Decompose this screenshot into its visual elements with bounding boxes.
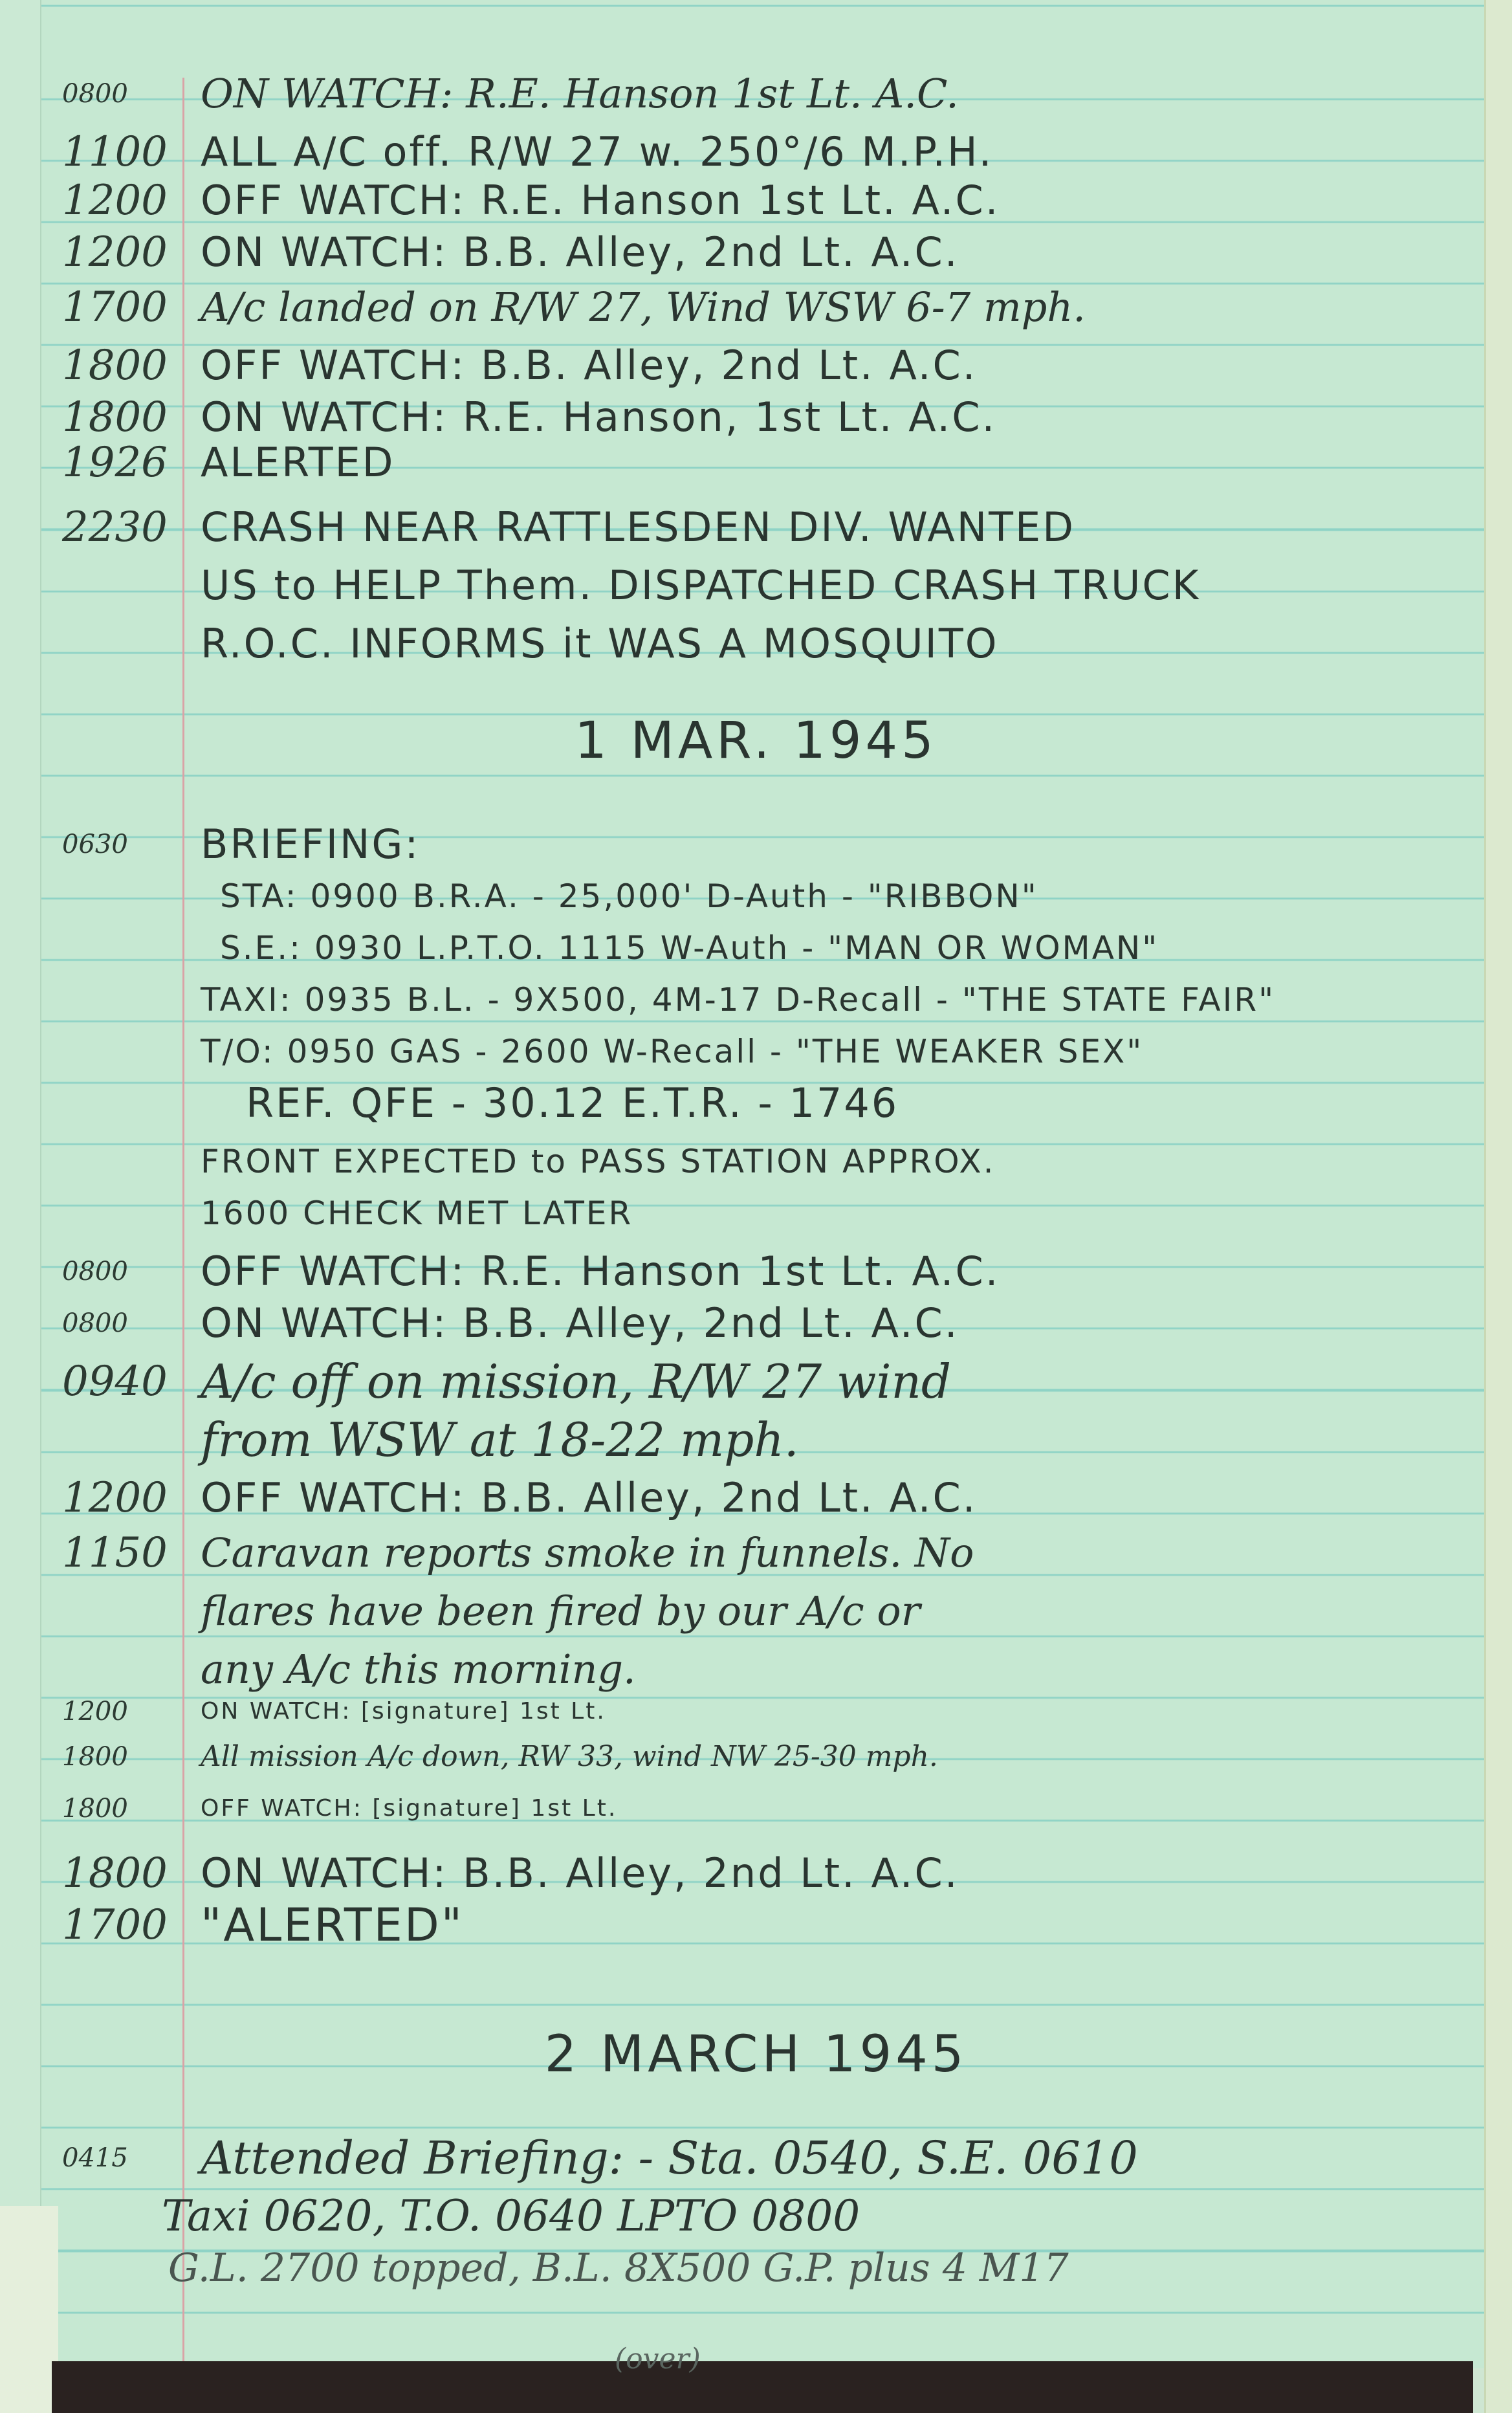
log-entry: T/O: 0950 GAS - 2600 W-Recall - "THE WEA… (0, 1022, 1488, 1081)
entry-text: OFF WATCH: R.E. Hanson 1st Lt. A.C. (201, 171, 1449, 230)
entry-text: "ALERTED" (201, 1896, 1449, 1954)
entry-time: 0800 (62, 1242, 185, 1301)
entry-text: All mission A/c down, RW 33, wind NW 25-… (201, 1728, 1449, 1786)
entry-time: 1800 (62, 1728, 185, 1786)
log-entry: 2230 CRASH NEAR RATTLESDEN DIV. WANTED (0, 498, 1488, 556)
entry-time: 1800 (62, 1844, 185, 1902)
entry-text: T/O: 0950 GAS - 2600 W-Recall - "THE WEA… (201, 1022, 1449, 1081)
entry-time: 0800 (62, 1294, 185, 1352)
log-entry: 0415 Attended Briefing: - Sta. 0540, S.E… (0, 2129, 1488, 2187)
log-entry: STA: 0900 B.R.A. - 25,000' D-Auth - "RIB… (0, 867, 1488, 925)
log-entry: 1200 OFF WATCH: R.E. Hanson 1st Lt. A.C. (0, 171, 1488, 230)
entry-text: from WSW at 18-22 mph. (201, 1411, 1449, 1469)
entry-text: ON WATCH: B.B. Alley, 2nd Lt. A.C. (201, 1844, 1449, 1902)
entry-text: OFF WATCH: B.B. Alley, 2nd Lt. A.C. (201, 336, 1449, 395)
entry-text: A/c landed on R/W 27, Wind WSW 6-7 mph. (201, 278, 1449, 336)
log-entry: 0800 OFF WATCH: R.E. Hanson 1st Lt. A.C. (0, 1242, 1488, 1301)
log-entry: 1200 OFF WATCH: B.B. Alley, 2nd Lt. A.C. (0, 1469, 1488, 1527)
entry-text: ON WATCH: R.E. Hanson 1st Lt. A.C. (201, 65, 1449, 123)
entry-text: Attended Briefing: - Sta. 0540, S.E. 061… (201, 2129, 1449, 2187)
entry-text: ON WATCH: B.B. Alley, 2nd Lt. A.C. (201, 1294, 1449, 1352)
entry-text: CRASH NEAR RATTLESDEN DIV. WANTED (201, 498, 1449, 556)
date-heading: 1 MAR. 1945 (0, 712, 1512, 770)
log-entry: 0800 ON WATCH: B.B. Alley, 2nd Lt. A.C. (0, 1294, 1488, 1352)
entry-text: US to HELP Them. DISPATCHED CRASH TRUCK (201, 556, 1449, 615)
log-entry: 0630 BRIEFING: (0, 815, 1488, 874)
entry-text: TAXI: 0935 B.L. - 9X500, 4M-17 D-Recall … (201, 971, 1449, 1029)
entry-text: REF. QFE - 30.12 E.T.R. - 1746 (246, 1074, 1449, 1132)
entry-text: OFF WATCH: B.B. Alley, 2nd Lt. A.C. (201, 1469, 1449, 1527)
entry-text: Caravan reports smoke in funnels. No (201, 1524, 1449, 1582)
entry-time: 1700 (62, 278, 185, 336)
entry-time: 1800 (62, 1779, 185, 1838)
log-entry: US to HELP Them. DISPATCHED CRASH TRUCK (0, 556, 1488, 615)
entry-text: S.E.: 0930 L.P.T.O. 1115 W-Auth - "MAN O… (220, 919, 1449, 977)
log-entry: REF. QFE - 30.12 E.T.R. - 1746 (0, 1074, 1488, 1132)
entry-time: 0630 (62, 815, 185, 874)
entry-text: ALERTED (201, 434, 1449, 492)
log-entry: Taxi 0620, T.O. 0640 LPTO 0800 (0, 2187, 1488, 2245)
log-entry: 1926 ALERTED (0, 434, 1488, 492)
log-entry: 1800 OFF WATCH: [signature] 1st Lt. (0, 1779, 1488, 1838)
date-heading: 2 MARCH 1945 (0, 2025, 1512, 2084)
log-entry: 0800 ON WATCH: R.E. Hanson 1st Lt. A.C. (0, 65, 1488, 123)
entry-text: flares have been fired by our A/c or (201, 1582, 1449, 1640)
log-entry: 1700 "ALERTED" (0, 1896, 1488, 1954)
log-entry: 0940 A/c off on mission, R/W 27 wind (0, 1352, 1488, 1411)
entry-time: 0940 (62, 1352, 185, 1411)
entry-text: G.L. 2700 topped, B.L. 8X500 G.P. plus 4… (168, 2239, 1449, 2297)
entry-text: OFF WATCH: [signature] 1st Lt. (201, 1779, 1449, 1838)
log-entry: TAXI: 0935 B.L. - 9X500, 4M-17 D-Recall … (0, 971, 1488, 1029)
entry-time: 1150 (62, 1524, 185, 1582)
entry-time: 1700 (62, 1896, 185, 1954)
log-entry: FRONT EXPECTED to PASS STATION APPROX. (0, 1132, 1488, 1191)
entry-text: Taxi 0620, T.O. 0640 LPTO 0800 (162, 2187, 1449, 2245)
log-entry: 1600 CHECK MET LATER (0, 1184, 1488, 1242)
log-entry: flares have been fired by our A/c or (0, 1582, 1488, 1640)
log-entry: 1200 ON WATCH: B.B. Alley, 2nd Lt. A.C. (0, 223, 1488, 281)
entry-text: A/c off on mission, R/W 27 wind (201, 1352, 1449, 1411)
log-entry: 1700 A/c landed on R/W 27, Wind WSW 6-7 … (0, 278, 1488, 336)
entry-text: STA: 0900 B.R.A. - 25,000' D-Auth - "RIB… (220, 867, 1449, 925)
entry-text: ON WATCH: B.B. Alley, 2nd Lt. A.C. (201, 223, 1449, 281)
entry-text: R.O.C. INFORMS it WAS A MOSQUITO (201, 615, 1449, 673)
entry-time: 1800 (62, 336, 185, 395)
entry-time: 1200 (62, 171, 185, 230)
log-entry: 1800 OFF WATCH: B.B. Alley, 2nd Lt. A.C. (0, 336, 1488, 395)
log-entry: S.E.: 0930 L.P.T.O. 1115 W-Auth - "MAN O… (0, 919, 1488, 977)
entry-time: 1200 (62, 1469, 185, 1527)
entry-time: 0415 (62, 2129, 185, 2187)
entry-time: 1926 (62, 434, 185, 492)
log-entry: from WSW at 18-22 mph. (0, 1411, 1488, 1469)
log-entry: 1800 All mission A/c down, RW 33, wind N… (0, 1728, 1488, 1786)
page-turn-note: (over) (615, 2342, 701, 2375)
entry-text: BRIEFING: (201, 815, 1449, 874)
entry-text: FRONT EXPECTED to PASS STATION APPROX. (201, 1132, 1449, 1191)
log-entry: 1800 ON WATCH: B.B. Alley, 2nd Lt. A.C. (0, 1844, 1488, 1902)
log-entry: R.O.C. INFORMS it WAS A MOSQUITO (0, 615, 1488, 673)
log-entry: G.L. 2700 topped, B.L. 8X500 G.P. plus 4… (0, 2239, 1488, 2297)
entry-time: 1200 (62, 223, 185, 281)
binding-shadow (52, 2361, 1473, 2413)
log-entry: 1150 Caravan reports smoke in funnels. N… (0, 1524, 1488, 1582)
entry-text: 1600 CHECK MET LATER (201, 1184, 1449, 1242)
entry-time: 0800 (62, 65, 185, 123)
entry-time: 2230 (62, 498, 185, 556)
entry-text: OFF WATCH: R.E. Hanson 1st Lt. A.C. (201, 1242, 1449, 1301)
